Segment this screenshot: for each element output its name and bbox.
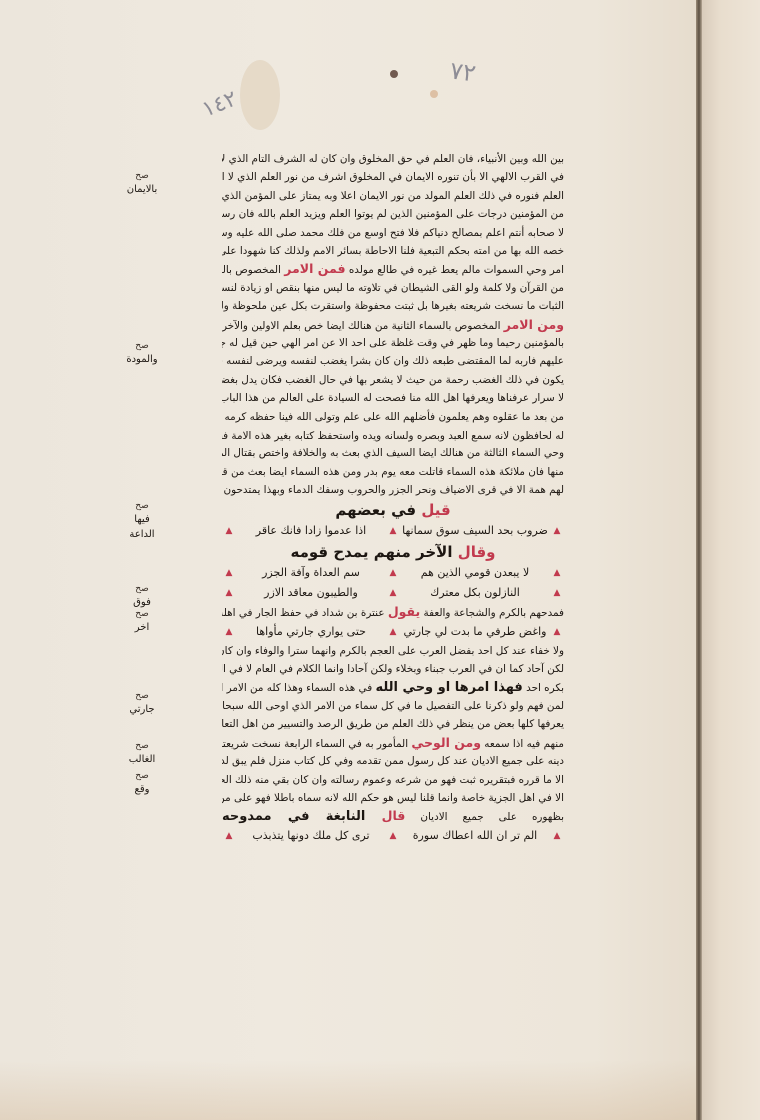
text-line: خصه الله بها من امته بحكم التبعية فلنا ا… [222, 242, 564, 260]
text-line: له لحافظون لانه سمع العبد وبصره ولسانه و… [222, 426, 564, 444]
stain [240, 60, 280, 130]
verse-marker-icon: ▲ [386, 622, 400, 642]
margin-note-text: الغالب [129, 754, 156, 765]
sah-mark: صح [112, 170, 172, 183]
hemistich: والطيبون معاقد الازر [236, 583, 386, 603]
text-line: منها فان ملائكة هذه السماء قاتلت معه يوم… [222, 463, 564, 481]
text-segment: ولا خفاء عند كل احد بفضل العرب على العجم… [222, 645, 564, 657]
verse-line: ▲ضروب بحد السيف سوق سمانها▲اذا عدموا زاد… [222, 521, 564, 541]
margin-note: الداعة [112, 528, 172, 541]
margin-note-text: فيها [134, 514, 149, 525]
text-line: لا سرار عرفناها ويعرفها اهل الله منا فصح… [222, 389, 564, 407]
hemistich: لا يبعدن قومي الذين هم [400, 563, 550, 583]
text-line: ومن الامر المخصوص بالسماء الثانية من هنا… [222, 316, 564, 334]
rubric: يقول [388, 604, 420, 619]
text-line: يعرفها كلها بعض من ينظر في ذلك العلم من … [222, 715, 564, 733]
hemistich: الم تر ان الله اعطاك سورة [400, 826, 550, 846]
text-line: امر وحي السموات مالم يعط غيره في طالع مو… [222, 260, 564, 278]
verse-marker-icon: ▲ [386, 583, 400, 603]
text-segment: لهم همة الا في قرى الاضياف ونحر الجزر وا… [222, 484, 564, 496]
text-segment: فهذا امرها او وحي الله [375, 680, 522, 695]
text-line: من القرآن ولا كلمة ولو القى الشيطان في ت… [222, 279, 564, 297]
text-segment: يكون في ذلك الغضب رحمة من حيث لا يشعر به… [222, 374, 564, 386]
text-line: من المؤمنين درجات على المؤمنين الذين لم … [222, 205, 564, 223]
verse-marker-icon: ▲ [550, 583, 564, 603]
text-segment: من بعد ما عقلوه وهم يعلمون فأضلهم الله ع… [222, 411, 564, 423]
text-segment: من المؤمنين درجات على المؤمنين الذين لم … [222, 208, 564, 220]
verse-marker-icon: ▲ [550, 521, 564, 541]
text-line: ولا خفاء عند كل احد بفضل العرب على العجم… [222, 642, 564, 660]
text-line: لا صحابه أنتم اعلم بمصالح دنياكم فلا فتح… [222, 224, 564, 242]
sah-mark: صح [112, 340, 172, 353]
section-heading: قيل في بعضهم [222, 499, 564, 521]
text-segment: من القرآن ولا كلمة ولو القى الشيطان في ت… [222, 282, 564, 294]
margin-note: صحبالايمان [112, 170, 172, 196]
text-line: لهم همة الا في قرى الاضياف ونحر الجزر وا… [222, 481, 564, 499]
text-line: بظهوره على جميع الاديان قال النابغة في م… [222, 807, 564, 825]
text-line: بين الله وبين الأنبياء، فان العلم في حق … [222, 150, 564, 168]
text-segment: في هذه السماء وهذا كله من الامر الذي يتن… [222, 682, 375, 694]
margin-note-text: اخر [135, 622, 149, 633]
margin-note: صحفيها [112, 500, 172, 526]
text-segment: فمدحهم بالكرم والشجاعة والعفة [420, 607, 564, 619]
rubric: فمن الامر [284, 261, 345, 276]
verse-marker-icon: ▲ [550, 622, 564, 642]
text-line: لمن فهم ولو ذكرنا على التفصيل ما في كل س… [222, 697, 564, 715]
hemistich: واغض طرفي ما بدت لي جارتي [400, 622, 550, 642]
rubric: ومن الوحي [411, 735, 481, 750]
text-line: فمدحهم بالكرم والشجاعة والعفة يقول عنترة… [222, 603, 564, 621]
text-segment: المخصوص بالسماء الاولى من هنالك لم يبدل … [222, 264, 284, 276]
verse-marker-icon: ▲ [550, 826, 564, 846]
text-segment: لا صحابه أنتم اعلم بمصالح دنياكم فلا فتح… [222, 227, 564, 239]
text-line: بكره احد فهذا امرها او وحي الله في هذه ا… [222, 679, 564, 697]
verse-marker-icon: ▲ [222, 826, 236, 846]
text-segment: بالمؤمنين رحيما وما ظهر في وقت غلظة على … [222, 337, 564, 349]
margin-note-text: الداعة [129, 529, 154, 540]
verse-marker-icon: ▲ [550, 563, 564, 583]
text-line: عليهم فاربه لما المقتضى طبعه ذلك وان كان… [222, 352, 564, 370]
section-heading: وقال الآخر منهم يمدح قومه [222, 541, 564, 563]
text-line: وحي السماء الثالثة من هنالك ايضا السيف ا… [222, 444, 564, 462]
text-segment: بظهوره على جميع الاديان [405, 811, 564, 823]
text-segment: في بعضهم [335, 501, 421, 519]
verse-line: ▲واغض طرفي ما بدت لي جارتي▲حتى يواري جار… [222, 622, 564, 642]
margin-note-text: وقع [135, 784, 150, 795]
verse-marker-icon: ▲ [222, 521, 236, 541]
text-segment: العلم فنوره في ذلك العلم المولد من نور ا… [222, 190, 564, 202]
rubric: وقال [458, 543, 496, 561]
margin-note: صحاخر [112, 608, 172, 634]
text-segment: لكن آحاد كما ان في العرب جبناء وبخلاء ول… [222, 663, 564, 675]
sah-mark: صح [112, 690, 172, 703]
margin-note: صحالغالب [112, 740, 172, 766]
sah-mark: صح [112, 583, 172, 596]
text-line: يكون في ذلك الغضب رحمة من حيث لا يشعر به… [222, 371, 564, 389]
hemistich: سم العداة وآفة الجزر [236, 563, 386, 583]
folio-number-top: ٧٢ [448, 56, 477, 87]
text-line: الا ما قرره فبتقريره ثبت فهو من شرعه وعم… [222, 771, 564, 789]
stain [430, 90, 438, 98]
margin-note: صحوقع [112, 770, 172, 796]
rubric: ومن الامر [504, 317, 564, 332]
verse-marker-icon: ▲ [386, 826, 400, 846]
verse-marker-icon: ▲ [222, 622, 236, 642]
text-segment: منها فان ملائكة هذه السماء قاتلت معه يوم… [222, 466, 564, 478]
text-segment: الا ما قرره فبتقريره ثبت فهو من شرعه وعم… [222, 774, 564, 786]
text-segment: عنترة بن شداد في حفظ الجار في اهله [222, 607, 388, 619]
verse-marker-icon: ▲ [386, 521, 400, 541]
text-line: لكن آحاد كما ان في العرب جبناء وبخلاء ول… [222, 660, 564, 678]
folio-number-pencil: ١٤٢ [199, 86, 241, 122]
text-line: في القرب الالهي الا بأن تنوره الايمان في… [222, 168, 564, 186]
verse-line: ▲لا يبعدن قومي الذين هم▲سم العداة وآفة ا… [222, 563, 564, 583]
text-line: العلم فنوره في ذلك العلم المولد من نور ا… [222, 187, 564, 205]
text-segment: وحي السماء الثالثة من هنالك ايضا السيف ا… [222, 447, 564, 459]
text-segment: الا في اهل الجزية خاصة وانما قلنا ليس هو… [222, 792, 564, 804]
text-segment: له لحافظون لانه سمع العبد وبصره ولسانه و… [222, 430, 564, 442]
text-segment: امر وحي السموات مالم يعط غيره في طالع مو… [346, 264, 564, 276]
text-segment: النابغة في ممدوحه [222, 809, 382, 824]
text-segment: دينه على جميع الاديان عند كل رسول ممن تق… [222, 755, 564, 767]
text-segment: بكره احد [523, 682, 564, 694]
text-segment: المخصوص بالسماء الثانية من هنالك ايضا خص… [222, 320, 504, 332]
text-line: من بعد ما عقلوه وهم يعلمون فأضلهم الله ع… [222, 407, 564, 425]
text-segment: لا سرار عرفناها ويعرفها اهل الله منا فصح… [222, 392, 564, 404]
hemistich: حتى يواري جارتي مأواها [236, 622, 386, 642]
margin-note-text: بالايمان [127, 184, 158, 195]
hemistich: ضروب بحد السيف سوق سمانها [400, 521, 550, 541]
text-segment: في القرب الالهي الا بأن تنوره الايمان في… [222, 171, 564, 183]
hemistich: ترى كل ملك دونها يتذبذب [236, 826, 386, 846]
adjacent-page-edge [702, 0, 760, 1120]
margin-note: صحجارتي [112, 690, 172, 716]
stain [390, 70, 398, 78]
text-segment: لمن فهم ولو ذكرنا على التفصيل ما في كل س… [222, 700, 564, 712]
manuscript-page: ٧٢ ١٤٢ بين الله وبين الأنبياء، فان العلم… [0, 0, 698, 1120]
sah-mark: صح [112, 608, 172, 621]
text-line: الا في اهل الجزية خاصة وانما قلنا ليس هو… [222, 789, 564, 807]
margin-note-text: جارتي [129, 704, 154, 715]
margin-note: صحوالمودة [112, 340, 172, 366]
hemistich: اذا عدموا زادا فانك عاقر [236, 521, 386, 541]
verse-line: ▲الم تر ان الله اعطاك سورة▲ترى كل ملك دو… [222, 826, 564, 846]
rubric: قيل [421, 501, 450, 519]
text-segment: المأمور به في السماء الرابعة نسخت شريعته… [222, 738, 411, 750]
text-segment: بين الله وبين الأنبياء، فان العلم في حق … [222, 153, 564, 165]
sah-mark: صح [112, 770, 172, 783]
text-line: دينه على جميع الاديان عند كل رسول ممن تق… [222, 752, 564, 770]
text-line: الثبات ما نسخت شريعته بغيرها بل ثبتت محف… [222, 297, 564, 315]
text-segment: يعرفها كلها بعض من ينظر في ذلك العلم من … [222, 718, 564, 730]
main-text-block: بين الله وبين الأنبياء، فان العلم في حق … [222, 150, 564, 846]
verse-line: ▲النازلون بكل معترك▲والطيبون معاقد الازر… [222, 583, 564, 603]
text-line: بالمؤمنين رحيما وما ظهر في وقت غلظة على … [222, 334, 564, 352]
text-segment: عليهم فاربه لما المقتضى طبعه ذلك وان كان… [222, 355, 564, 367]
hemistich: النازلون بكل معترك [400, 583, 550, 603]
text-segment: منهم فيه اذا سمعه [481, 738, 564, 750]
text-segment: خصه الله بها من امته بحكم التبعية فلنا ا… [222, 245, 564, 257]
verse-marker-icon: ▲ [386, 563, 400, 583]
sah-mark: صح [112, 740, 172, 753]
rubric: قال [382, 808, 406, 823]
margin-note: صحفوق [112, 583, 172, 609]
verse-marker-icon: ▲ [222, 563, 236, 583]
sah-mark: صح [112, 500, 172, 513]
margin-note-text: والمودة [126, 354, 157, 365]
margin-note-text: فوق [133, 597, 151, 608]
text-segment: الآخر منهم يمدح قومه [291, 543, 458, 561]
verse-marker-icon: ▲ [222, 583, 236, 603]
text-segment: الثبات ما نسخت شريعته بغيرها بل ثبتت محف… [222, 300, 564, 312]
text-line: منهم فيه اذا سمعه ومن الوحي المأمور به ف… [222, 734, 564, 752]
